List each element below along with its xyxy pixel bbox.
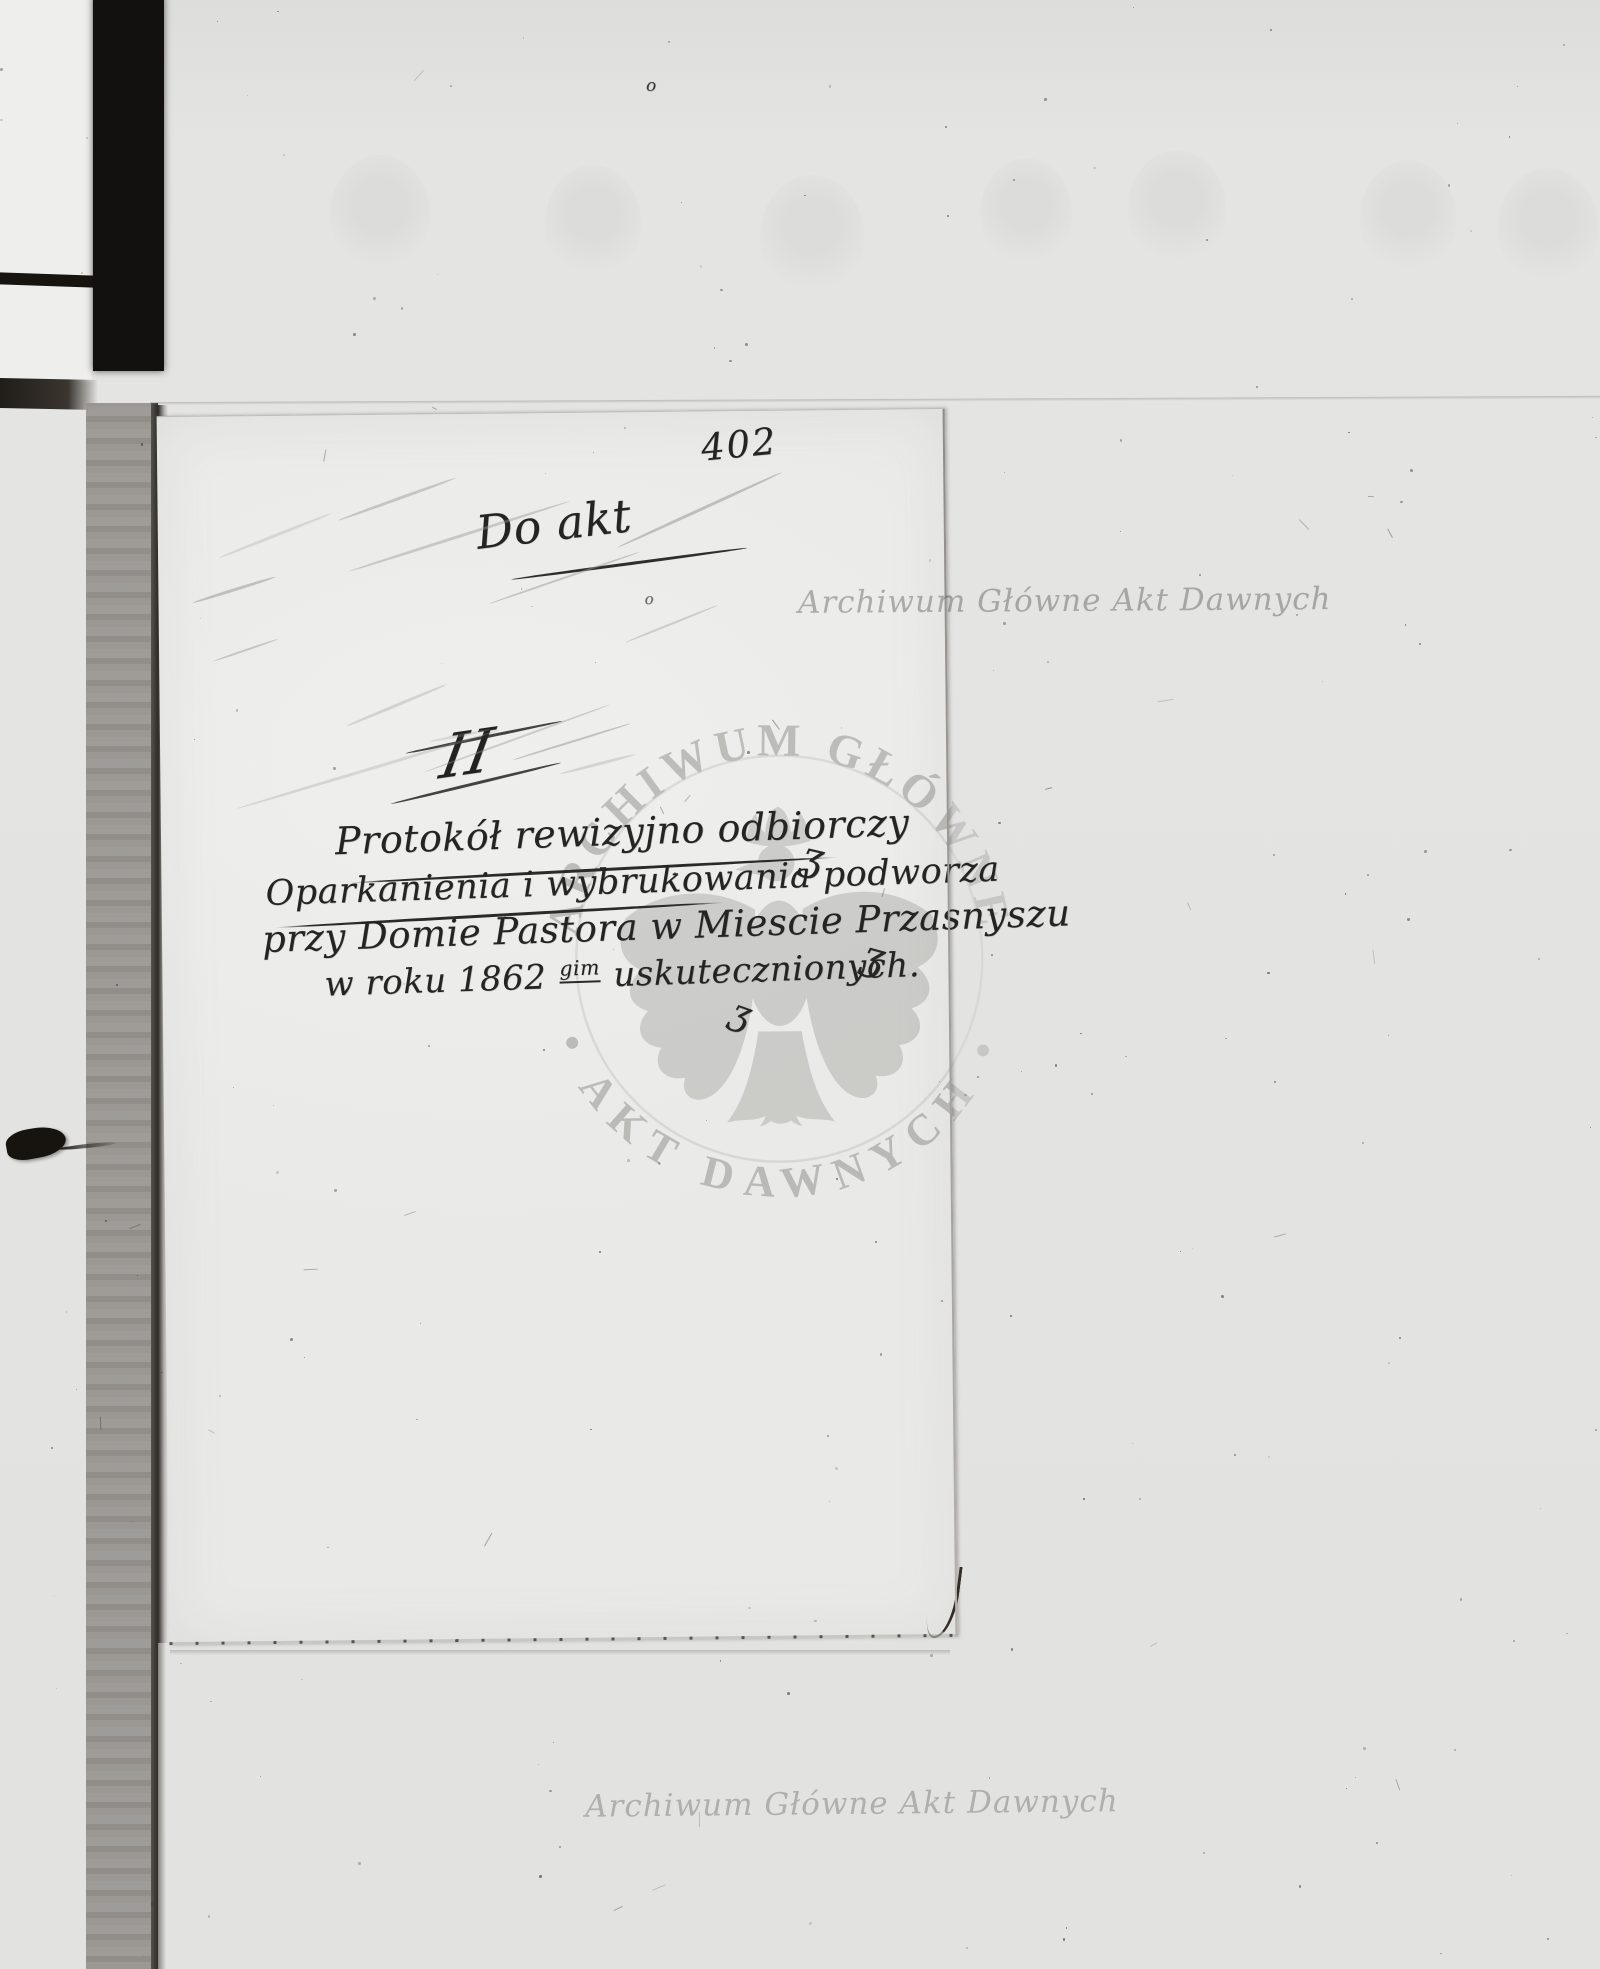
bleedthrough-stroke — [212, 638, 278, 663]
archival-scan: { "document": { "page_number": "402", "a… — [0, 0, 1600, 1969]
bleedthrough-stroke — [347, 500, 569, 573]
page-bottom-shadow — [170, 1650, 950, 1655]
binding-edge-line — [151, 403, 158, 1969]
spine-horizontal-streak — [0, 378, 98, 410]
bleedthrough-stroke — [346, 683, 447, 727]
bleedthrough-stroke — [219, 511, 333, 558]
archive-watermark-text-lower: Archiwum Główne Akt Dawnych — [585, 1783, 1119, 1825]
bleedthrough-stroke — [236, 728, 499, 810]
binding-strip — [86, 403, 154, 1969]
bleedthrough-stroke — [488, 551, 640, 605]
scan-scene: o 402 o Do akt II ARCHIWUM GŁÓWNE • AKT … — [0, 0, 1600, 1969]
ornament-blob — [760, 175, 864, 297]
stray-mark-top: o — [646, 76, 657, 96]
book-spine-shadow-bar — [93, 0, 164, 371]
ornament-blob — [330, 155, 430, 275]
ornament-blob — [980, 158, 1072, 270]
bleedthrough-stroke — [338, 477, 457, 522]
ornament-blob — [545, 165, 641, 281]
ornament-blob — [1360, 160, 1456, 276]
bleedthrough-stroke — [618, 472, 783, 549]
year-line-prefix: w roku 1862 — [324, 957, 547, 1004]
page-left-edge-shadow-lower — [158, 1643, 166, 1969]
year-ordinal-suffix: gim — [559, 955, 600, 983]
bleedthrough-stroke — [193, 575, 275, 603]
ornament-blob — [1128, 150, 1226, 268]
archive-watermark-text-upper: Archiwum Główne Akt Dawnych — [798, 581, 1332, 621]
adjacent-page-corner — [0, 0, 92, 382]
ornament-blob — [1498, 168, 1598, 288]
bleedthrough-stroke — [625, 604, 718, 644]
